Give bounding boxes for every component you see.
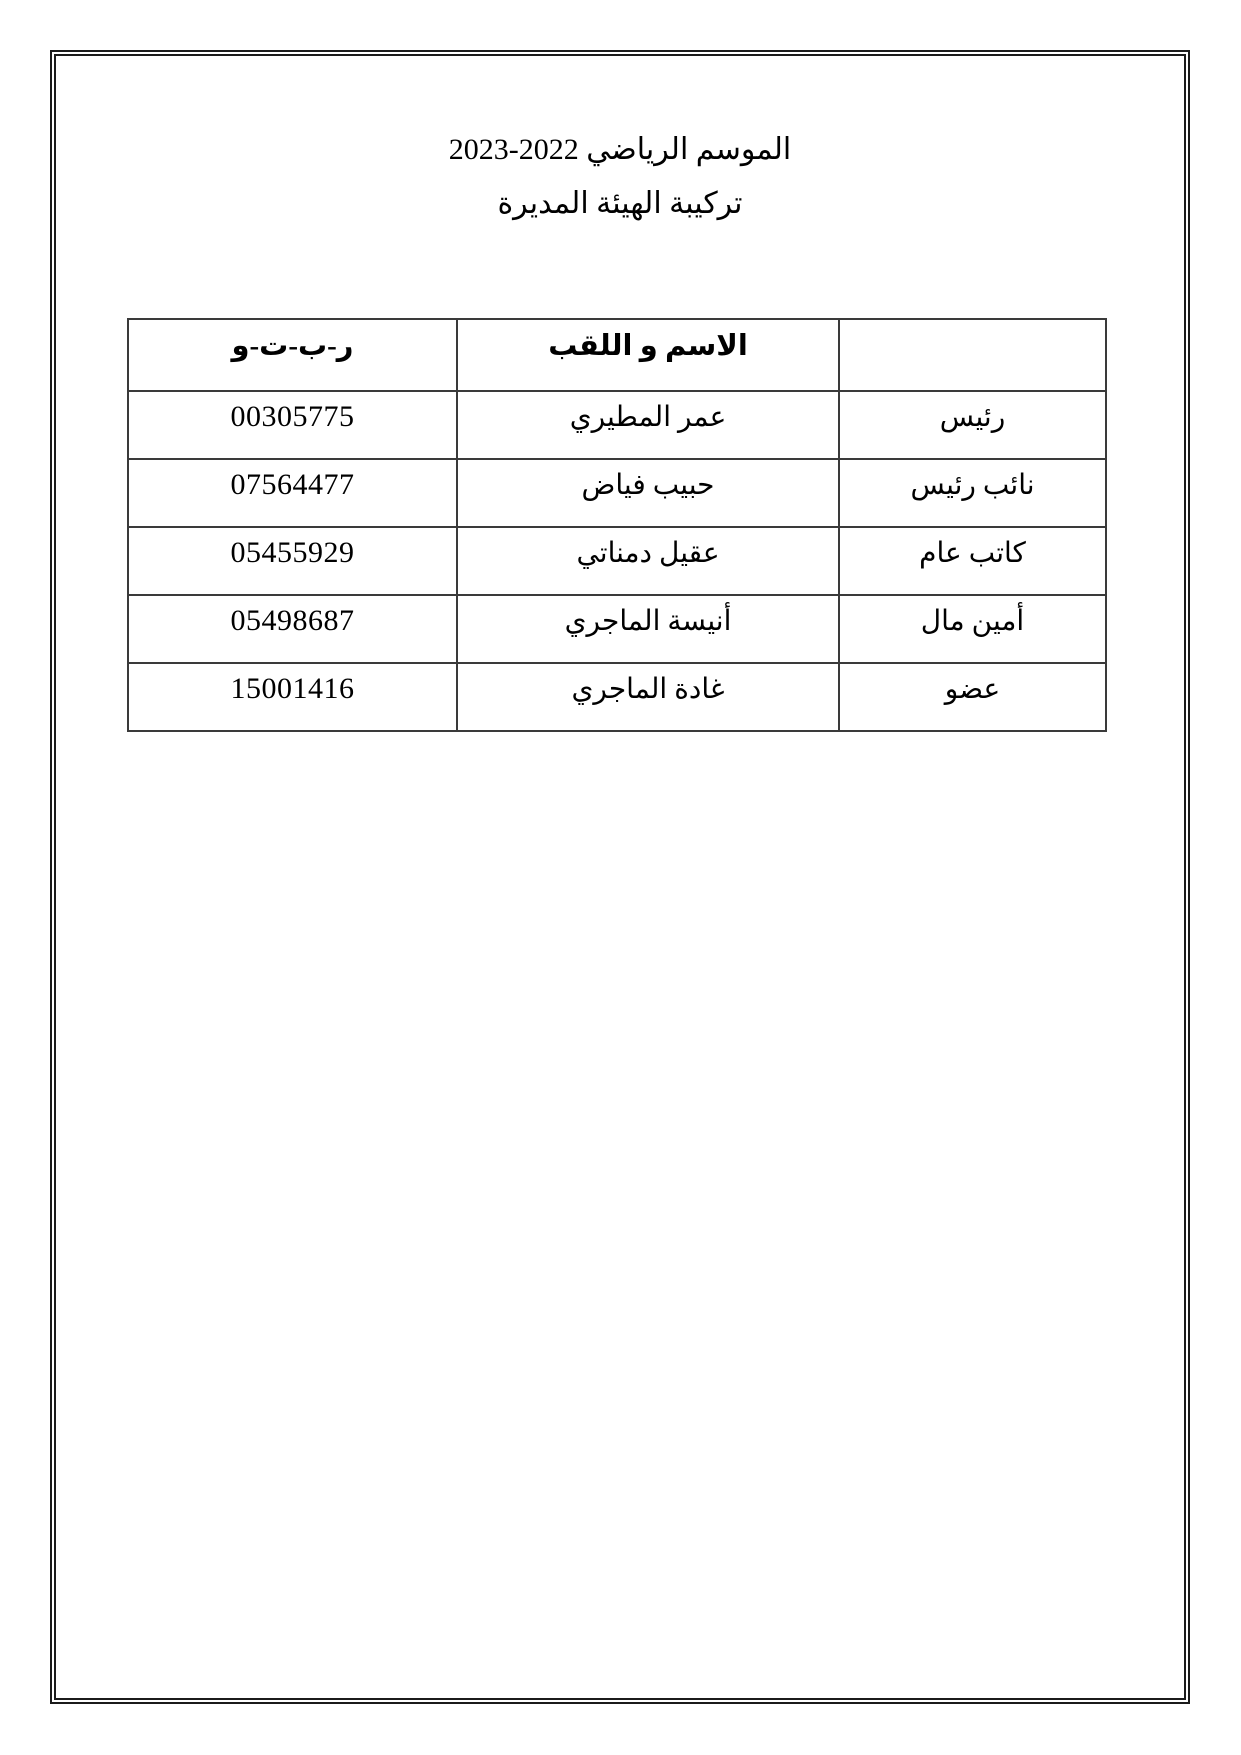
page-border-frame: الموسم الرياضي 2022‏-‏2023 تركيبة الهيئة… — [50, 50, 1190, 1704]
name-cell: أنيسة الماجري — [457, 595, 839, 663]
number-cell: 00305775 — [128, 391, 457, 459]
name-cell: حبيب فياض — [457, 459, 839, 527]
header-role — [839, 319, 1106, 391]
document-subtitle: تركيبة الهيئة المديرة — [56, 186, 1184, 222]
number-cell: 15001416 — [128, 663, 457, 731]
table-row: أمين مال أنيسة الماجري 05498687 — [128, 595, 1106, 663]
name-cell: عقيل دمناتي — [457, 527, 839, 595]
number-cell: 05498687 — [128, 595, 457, 663]
table-header-row: الاسم و اللقب ر-ب-ت-و — [128, 319, 1106, 391]
number-cell: 07564477 — [128, 459, 457, 527]
number-cell: 05455929 — [128, 527, 457, 595]
name-cell: غادة الماجري — [457, 663, 839, 731]
document-title: الموسم الرياضي 2022‏-‏2023 — [56, 132, 1184, 168]
role-cell: أمين مال — [839, 595, 1106, 663]
table-row: عضو غادة الماجري 15001416 — [128, 663, 1106, 731]
role-cell: كاتب عام — [839, 527, 1106, 595]
table-row: نائب رئيس حبيب فياض 07564477 — [128, 459, 1106, 527]
committee-table: الاسم و اللقب ر-ب-ت-و رئيس عمر المطيري 0… — [127, 318, 1107, 732]
role-cell: نائب رئيس — [839, 459, 1106, 527]
header-name: الاسم و اللقب — [457, 319, 839, 391]
table-row: كاتب عام عقيل دمناتي 05455929 — [128, 527, 1106, 595]
name-cell: عمر المطيري — [457, 391, 839, 459]
role-cell: عضو — [839, 663, 1106, 731]
header-number: ر-ب-ت-و — [128, 319, 457, 391]
role-cell: رئيس — [839, 391, 1106, 459]
table-row: رئيس عمر المطيري 00305775 — [128, 391, 1106, 459]
